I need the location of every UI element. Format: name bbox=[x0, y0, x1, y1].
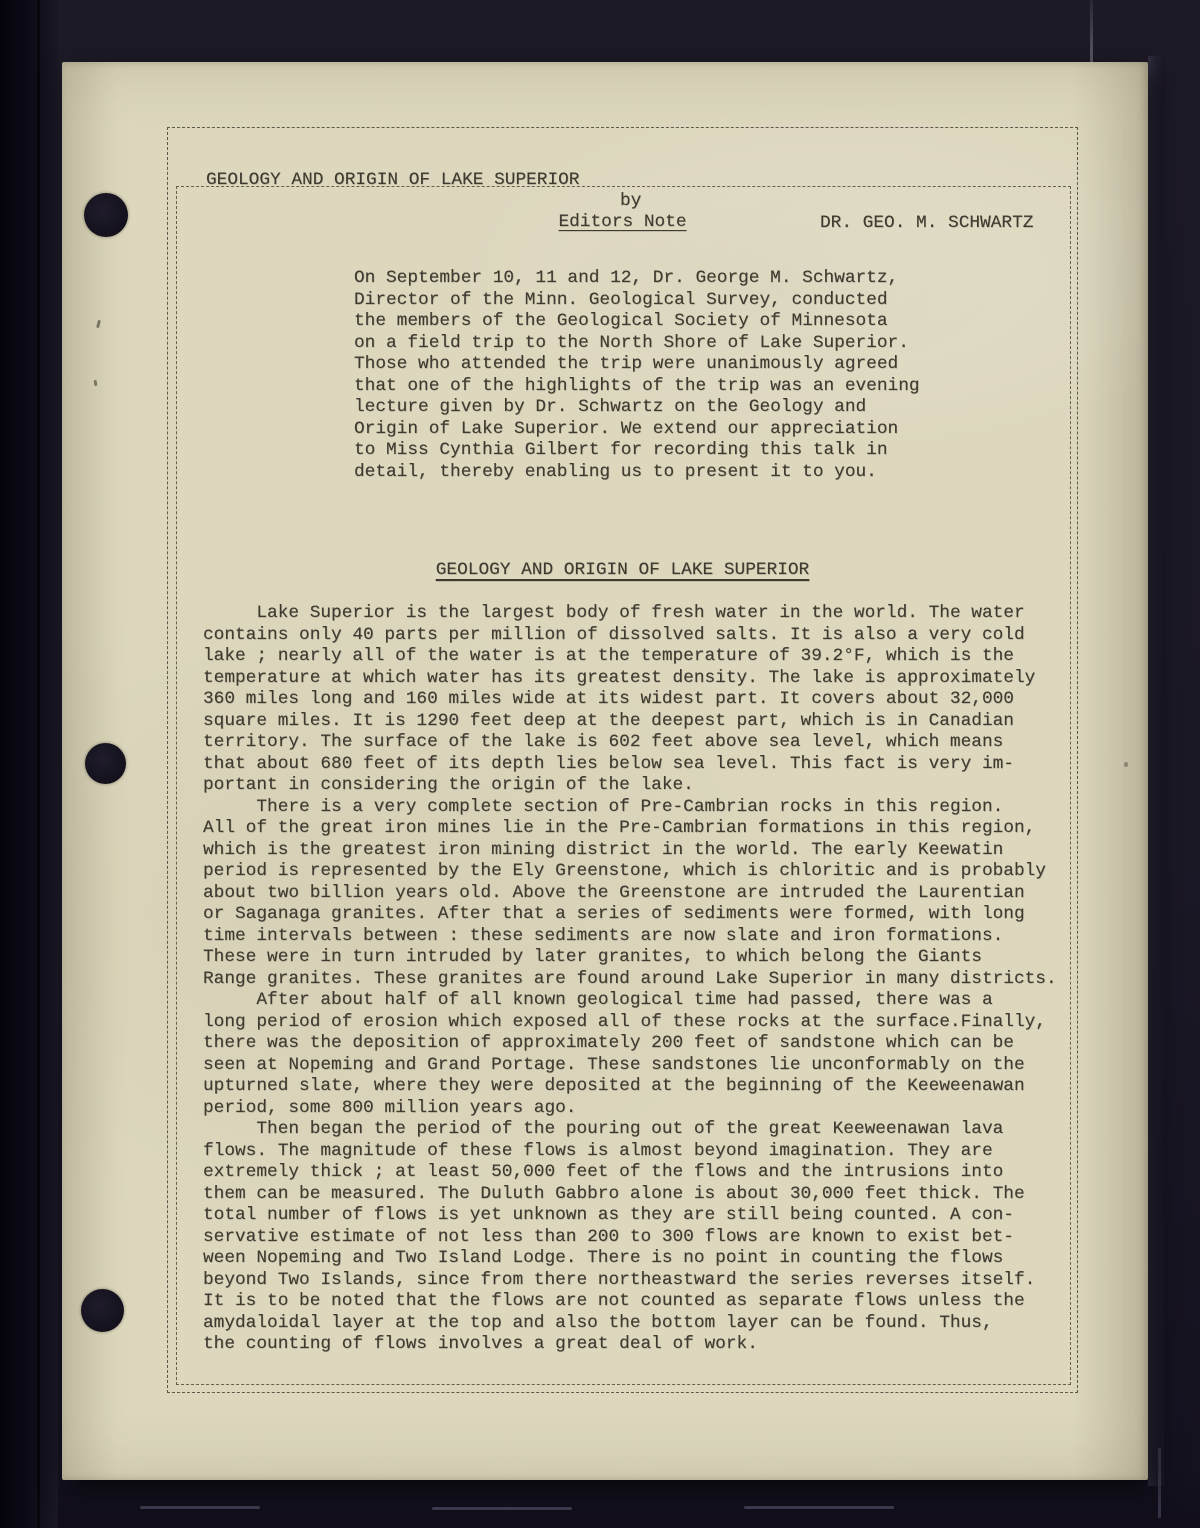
scan-corner-artifact bbox=[1158, 1448, 1161, 1518]
editors-note-body: On September 10, 11 and 12, Dr. George M… bbox=[354, 268, 954, 483]
page-header: GEOLOGY AND ORIGIN OF LAKE SUPERIOR by D… bbox=[62, 148, 1148, 170]
ink-speck bbox=[1124, 762, 1128, 767]
ink-speck bbox=[96, 320, 101, 328]
article-body: Lake Superior is the largest body of fre… bbox=[203, 603, 1075, 1356]
article-paragraph: Then began the period of the pouring out… bbox=[203, 1119, 1075, 1356]
scan-left-shadow bbox=[0, 0, 58, 1528]
article-paragraph: After about half of all known geological… bbox=[203, 990, 1075, 1119]
scan-bottom-artifact bbox=[432, 1507, 572, 1510]
document-title: GEOLOGY AND ORIGIN OF LAKE SUPERIOR bbox=[206, 170, 579, 192]
page-stack-edge bbox=[1148, 56, 1164, 1486]
scan-bottom-artifact bbox=[140, 1506, 260, 1509]
article-heading: GEOLOGY AND ORIGIN OF LAKE SUPERIOR bbox=[176, 560, 1069, 582]
ink-speck bbox=[94, 380, 98, 386]
scan-bottom-artifact bbox=[744, 1506, 894, 1509]
punch-hole bbox=[85, 743, 126, 784]
scan-left-crease bbox=[37, 0, 40, 1528]
editors-note-heading: Editors Note bbox=[176, 212, 1069, 234]
byline-connector: by bbox=[620, 191, 641, 213]
scanned-page-background: GEOLOGY AND ORIGIN OF LAKE SUPERIOR by D… bbox=[0, 0, 1200, 1528]
article-paragraph: Lake Superior is the largest body of fre… bbox=[203, 603, 1075, 797]
punch-hole bbox=[81, 1289, 124, 1332]
article-paragraph: There is a very complete section of Pre-… bbox=[203, 797, 1075, 991]
document-page: GEOLOGY AND ORIGIN OF LAKE SUPERIOR by D… bbox=[62, 62, 1148, 1480]
